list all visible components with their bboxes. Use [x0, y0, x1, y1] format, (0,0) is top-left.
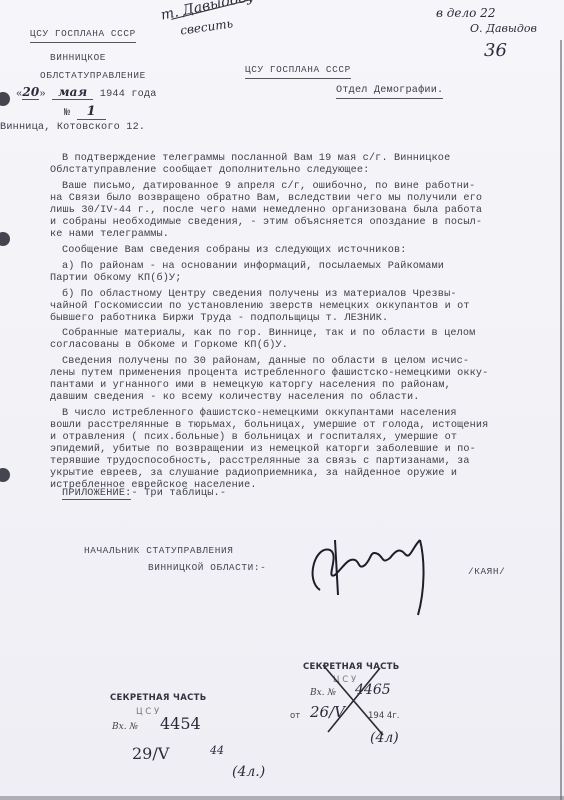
sender-dept-line2: ОБЛСТАТУПРАВЛЕНИЕ [40, 70, 146, 81]
stamp-left-in-label: Вх. № [112, 722, 138, 732]
attachment-label: ПРИЛОЖЕНИЕ: [62, 488, 131, 500]
stamp-left-title: СЕКРЕТНАЯ ЧАСТЬ [110, 693, 207, 703]
signatory-name: /КАЯН/ [468, 566, 505, 577]
body-line: В число истребленного фашистско-немецким… [62, 408, 457, 419]
body-line: бывшего работника Биржи Труда - подпольщ… [50, 313, 388, 324]
number-prefix: № [64, 108, 70, 119]
number-value: 1 [77, 104, 106, 120]
recipient-dept: Отдел Демографии. [336, 85, 443, 99]
body-line: пантами и угнанного ими в немецкую катор… [50, 380, 451, 391]
recipient-org: ЦСУ ГОСПЛАНА СССР [245, 64, 351, 79]
date-year: 1944 года [100, 89, 157, 100]
body-line: Облстатуправление сообщает дополнительно… [50, 165, 369, 176]
handwritten-signature-davydov: О. Давыдов [470, 22, 537, 35]
body-line: Сообщение Вам сведения собраны из следую… [62, 245, 407, 256]
body-line: ке нами телеграммы. [50, 229, 169, 240]
body-line: вошли расстрелянные в тюрьмах, больницах… [50, 420, 488, 431]
page-edge-right [560, 40, 562, 800]
handwritten-file-note: в дело 22 [436, 6, 495, 20]
stamp-left-year: 44 [210, 744, 224, 757]
punch-hole [0, 232, 10, 246]
body-line: давшим сведения - ко всему количеству на… [50, 392, 420, 403]
body-line: В подтверждение телеграммы посланной Вам… [62, 153, 450, 164]
date-day: 20 [22, 85, 39, 100]
stamp-cancel-cross [318, 660, 388, 740]
attachment-line: ПРИЛОЖЕНИЕ:- Три таблицы.- [62, 488, 226, 499]
handwritten-mark: 36 [484, 40, 507, 61]
date-month: мая [52, 85, 93, 100]
body-line: Сведения получены по 30 районам, данные … [62, 356, 469, 367]
stamp-right-from-label: от [290, 711, 300, 721]
body-line: и собраны необходимые сведения, - этим о… [50, 217, 482, 228]
body-line: эпидемий, убитые по возвращении из немец… [50, 444, 476, 455]
signatory-title: НАЧАЛЬНИК СТАТУПРАВЛЕНИЯ [84, 545, 233, 556]
signature-scribble [300, 520, 440, 620]
sender-org: ЦСУ ГОСПЛАНА СССР [30, 28, 136, 43]
stamp-left-in-number: 4454 [160, 714, 201, 733]
body-line: Собранные материалы, как по гор. Виннице… [62, 328, 475, 339]
body-line: Партии Обкому КП(б)У; [50, 273, 182, 284]
body-line: лены путем применения процента истреблен… [50, 368, 488, 379]
signatory-region: ВИННИЦКОЙ ОБЛАСТИ:- [148, 562, 266, 573]
body-line: на Связи было возвращено обратно Вам, вс… [50, 193, 482, 204]
letter-date: «20» мая 1944 года [16, 85, 157, 100]
attachment-text: - Три таблицы.- [131, 488, 226, 499]
body-line: и отравления ( псих.больные) в больницах… [50, 432, 457, 443]
body-line: а) По районам - на основании информаций,… [62, 261, 444, 272]
body-line: Ваше письмо, датированное 9 апреля с/г, … [62, 181, 475, 192]
body-line: чайной Госкомиссии по установлению зверс… [50, 301, 470, 312]
body-line: укрытие евреев, за слушание радиоприемни… [50, 468, 457, 479]
body-line: лишь 30/IV-44 г., после чего нами немедл… [50, 205, 482, 216]
body-line: согласованы в Обкоме и Горкоме КП(б)У. [50, 340, 288, 351]
letter-number: № 1 [64, 104, 106, 119]
stamp-left-date: 29/V [132, 744, 169, 763]
handwritten-note: свесить [179, 16, 234, 37]
stamp-left-pages: (4л.) [232, 764, 265, 780]
body-line: б) По областному Центру сведения получен… [62, 289, 457, 300]
stamp-left-org: Ц С У [136, 707, 159, 717]
punch-hole [0, 468, 10, 482]
punch-hole [0, 92, 10, 106]
sender-address: Винница, Котовского 12. [0, 122, 145, 133]
page-edge-bottom [0, 796, 564, 800]
document-page: ЦСУ ГОСПЛАНА СССР ВИННИЦКОЕ ОБЛСТАТУПРАВ… [0, 0, 564, 800]
body-line: терявшие трудоспособность, расстрелянные… [50, 456, 470, 467]
sender-dept-line1: ВИННИЦКОЕ [50, 52, 106, 63]
